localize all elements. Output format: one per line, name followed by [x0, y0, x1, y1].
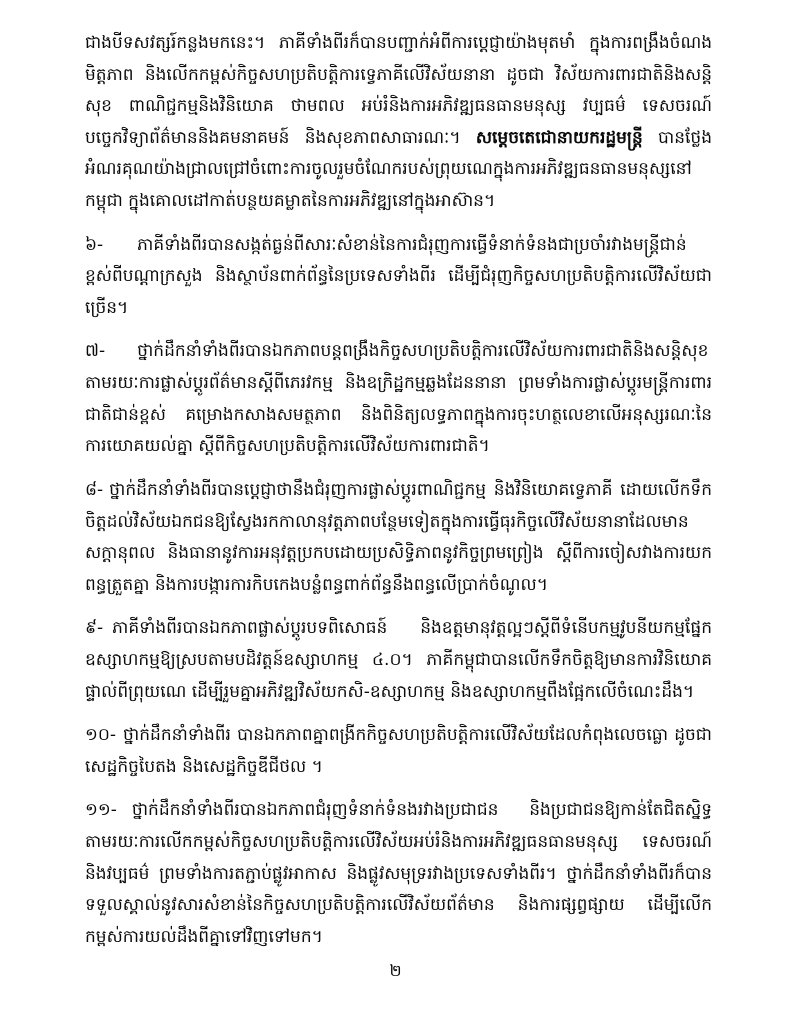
- paragraph-6: ៦-ភាគីទាំងពីរបានសង្កត់ធ្ងន់ពីសារៈសំខាន់ន…: [85, 230, 712, 325]
- page-content: ជាងបីទសវត្សរ៍កន្លងមកនេះ។ ភាគីទាំងពីរក៏បា…: [85, 28, 712, 965]
- paragraph-8-text: ថ្នាក់ដឹកនាំទាំងពីរបានប្តេជ្ញាថានឹងជំរុញ…: [85, 480, 712, 595]
- intro-bold-title: សម្តេចតេជោនាយករដ្ឋមន្ត្រី: [476, 128, 643, 148]
- paragraph-9-number: ៩-: [85, 618, 103, 638]
- paragraph-8-number: ៨-: [85, 480, 103, 500]
- paragraph-11: ១១-ថ្នាក់ដឹកនាំទាំងពីរបានឯកភាពជំរុញទំនាក…: [85, 795, 712, 953]
- paragraph-11-number: ១១-: [85, 800, 117, 820]
- paragraph-6-number: ៦-: [85, 235, 103, 255]
- tab-spacer: [103, 249, 137, 250]
- paragraph-10-text: ថ្នាក់ដឹកនាំទាំងពីរ បានឯកភាពគ្នាពង្រីកកិ…: [85, 725, 712, 777]
- tab-spacer: [103, 632, 112, 633]
- paragraph-7: ៧-ថ្នាក់ដឹកនាំទាំងពីរបានឯកភាពបន្តពង្រឹងក…: [85, 336, 712, 462]
- tab-spacer: [117, 814, 132, 815]
- paragraph-11-text: ថ្នាក់ដឹកនាំទាំងពីរបានឯកភាពជំរុញទំនាក់ទំ…: [85, 800, 712, 946]
- document-page: ជាងបីទសវត្សរ៍កន្លងមកនេះ។ ភាគីទាំងពីរក៏បា…: [0, 0, 791, 1024]
- paragraph-10-number: ១០-: [85, 725, 116, 745]
- paragraph-9-text: ភាគីទាំងពីរបានឯកភាពផ្លាស់ប្តូរបទពិសោធន៍ …: [85, 618, 712, 701]
- tab-spacer: [105, 355, 137, 356]
- page-footer: ២: [0, 961, 791, 980]
- page-number: ២: [389, 961, 401, 980]
- paragraph-10: ១០-ថ្នាក់ដឹកនាំទាំងពីរ បានឯកភាពគ្នាពង្រី…: [85, 720, 712, 783]
- paragraph-7-text: ថ្នាក់ដឹកនាំទាំងពីរបានឯកភាពបន្តពង្រឹងកិច…: [85, 341, 712, 456]
- paragraph-7-number: ៧-: [85, 341, 105, 361]
- paragraph-9: ៩-ភាគីទាំងពីរបានឯកភាពផ្លាស់ប្តូរបទពិសោធន…: [85, 613, 712, 708]
- tab-spacer: [116, 739, 123, 740]
- paragraph-8: ៨-ថ្នាក់ដឹកនាំទាំងពីរបានប្តេជ្ញាថានឹងជំរ…: [85, 475, 712, 601]
- intro-paragraph: ជាងបីទសវត្សរ៍កន្លងមកនេះ។ ភាគីទាំងពីរក៏បា…: [85, 28, 712, 218]
- paragraph-6-text: ភាគីទាំងពីរបានសង្កត់ធ្ងន់ពីសារៈសំខាន់នៃក…: [85, 235, 712, 318]
